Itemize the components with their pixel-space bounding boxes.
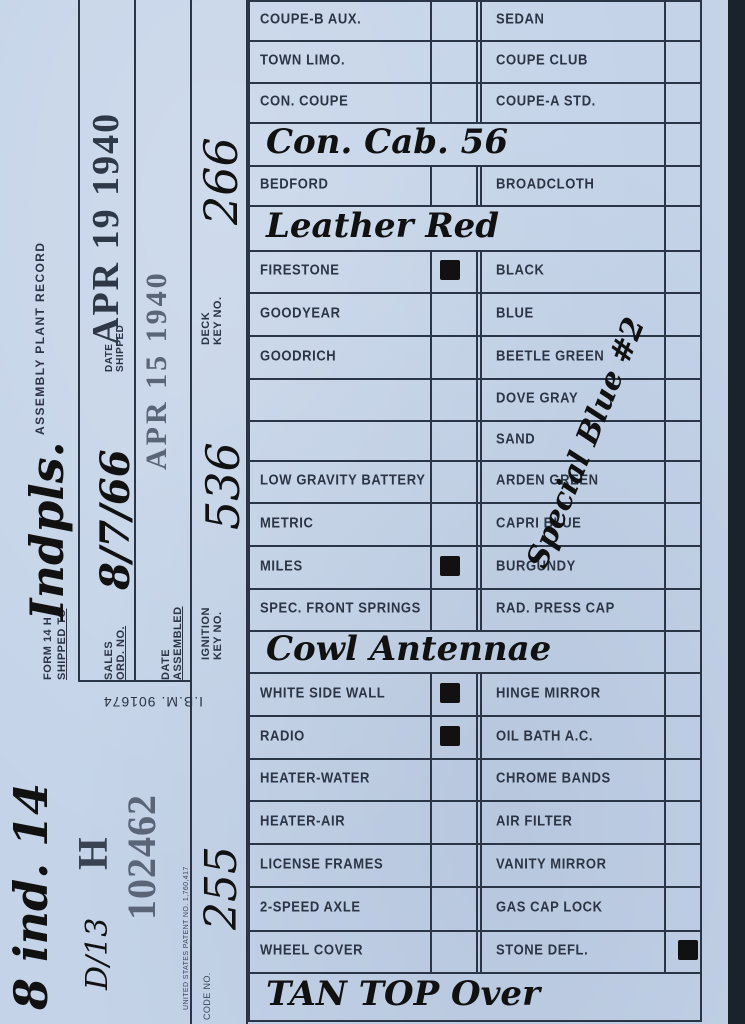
divider bbox=[476, 930, 478, 972]
option-label-right: SAND bbox=[496, 430, 535, 447]
option-label-right: DOVE GRAY bbox=[496, 389, 578, 406]
option-label-right: COUPE CLUB bbox=[496, 51, 588, 68]
serial-prefix: H bbox=[70, 837, 118, 870]
option-label-left: GOODRICH bbox=[260, 347, 336, 364]
checkbox-right[interactable] bbox=[666, 252, 700, 292]
checkbox-left[interactable] bbox=[432, 504, 476, 545]
divider bbox=[480, 292, 482, 335]
checkbox-left[interactable] bbox=[432, 337, 476, 378]
deck-key-label: DECK KEY NO. bbox=[200, 296, 224, 345]
ibm-number: I.B.M. 901674 bbox=[103, 696, 203, 708]
option-label-right: BLACK bbox=[496, 261, 545, 278]
option-label-right: RAD. PRESS CAP bbox=[496, 599, 615, 616]
divider bbox=[480, 378, 482, 420]
divider bbox=[476, 460, 478, 502]
check-mark-icon bbox=[440, 260, 460, 280]
checkbox-left[interactable] bbox=[432, 932, 476, 972]
option-label-left: FIRESTONE bbox=[260, 261, 340, 278]
option-label-left: HEATER-AIR bbox=[260, 812, 345, 829]
divider bbox=[476, 250, 478, 292]
option-label-left: WHEEL COVER bbox=[260, 941, 363, 958]
checkbox-left[interactable] bbox=[432, 42, 476, 82]
divider bbox=[476, 588, 478, 630]
divider bbox=[476, 672, 478, 715]
ignition-key-value: 536 bbox=[196, 442, 250, 530]
option-label-right: STONE DEFL. bbox=[496, 941, 588, 958]
code-value: 255 bbox=[196, 846, 247, 930]
divider bbox=[480, 715, 482, 758]
divider bbox=[480, 886, 482, 930]
shipped-to-value: Indpls. bbox=[20, 441, 74, 620]
divider bbox=[476, 335, 478, 378]
checkbox-left[interactable] bbox=[432, 845, 476, 886]
divider bbox=[480, 545, 482, 588]
checkbox-left[interactable] bbox=[432, 462, 476, 502]
divider bbox=[476, 502, 478, 545]
checkbox-left[interactable] bbox=[432, 802, 476, 843]
checkbox-left[interactable] bbox=[432, 760, 476, 800]
serial-number: 102462 bbox=[118, 794, 165, 920]
divider bbox=[190, 0, 192, 1024]
checkbox-right[interactable] bbox=[666, 294, 700, 335]
patent-notice: UNITED STATES PATENT NO. 1,760,417 bbox=[183, 866, 190, 1010]
checkbox-right[interactable] bbox=[666, 760, 700, 800]
checkbox-right[interactable] bbox=[666, 422, 700, 460]
divider bbox=[480, 250, 482, 292]
check-mark-icon bbox=[440, 683, 460, 703]
checkbox-left[interactable] bbox=[432, 167, 476, 205]
divider bbox=[480, 843, 482, 886]
option-label-right: BLUE bbox=[496, 304, 534, 321]
divider bbox=[476, 40, 478, 82]
divider bbox=[480, 420, 482, 460]
option-label-right: CHROME BANDS bbox=[496, 769, 611, 786]
option-label-left: BEDFORD bbox=[260, 175, 328, 192]
divider bbox=[248, 1020, 702, 1022]
option-label-left: CON. COUPE bbox=[260, 92, 348, 109]
option-label-right: SEDAN bbox=[496, 10, 545, 27]
checkbox-right[interactable] bbox=[666, 802, 700, 843]
divider bbox=[480, 82, 482, 122]
ignition-key-label: IGNITION KEY NO. bbox=[200, 607, 224, 660]
divider bbox=[700, 0, 702, 1020]
code-label: CODE NO. bbox=[202, 972, 212, 1020]
checkbox-left[interactable] bbox=[432, 2, 476, 40]
option-label-left: SPEC. FRONT SPRINGS bbox=[260, 599, 421, 616]
checkbox-right[interactable] bbox=[666, 674, 700, 715]
checkbox-left[interactable] bbox=[432, 84, 476, 122]
option-label-left: MILES bbox=[260, 557, 303, 574]
divider bbox=[476, 82, 478, 122]
divider bbox=[480, 930, 482, 972]
checkbox-right[interactable] bbox=[666, 167, 700, 205]
divider bbox=[480, 0, 482, 40]
checkbox-right[interactable] bbox=[666, 337, 700, 378]
option-label-left: HEATER-WATER bbox=[260, 769, 370, 786]
divider bbox=[480, 460, 482, 502]
option-label-left: RADIO bbox=[260, 727, 305, 744]
option-label-left: WHITE SIDE WALL bbox=[260, 684, 385, 701]
divider bbox=[476, 843, 478, 886]
option-label-left: GOODYEAR bbox=[260, 304, 341, 321]
checkbox-right[interactable] bbox=[666, 717, 700, 758]
check-mark-icon bbox=[440, 556, 460, 576]
checkbox-left[interactable] bbox=[432, 380, 476, 420]
option-label-left: TOWN LIMO. bbox=[260, 51, 345, 68]
handwritten-row-note: Con. Cab. 56 bbox=[266, 122, 508, 162]
divider bbox=[78, 0, 80, 680]
divider bbox=[480, 800, 482, 843]
assembly-plant-record-card: ASSEMBLY PLANT RECORD FORM 14 H SHIPPED … bbox=[0, 0, 730, 1024]
divider bbox=[476, 800, 478, 843]
form-number: FORM 14 H bbox=[42, 617, 54, 680]
option-label-left: METRIC bbox=[260, 514, 313, 531]
checkbox-left[interactable] bbox=[432, 590, 476, 630]
option-label-right: BEETLE GREEN bbox=[496, 347, 604, 364]
divider bbox=[480, 502, 482, 545]
divider bbox=[480, 40, 482, 82]
option-label-right: VANITY MIRROR bbox=[496, 855, 607, 872]
option-label-right: AIR FILTER bbox=[496, 812, 573, 829]
divider bbox=[480, 758, 482, 800]
option-label-left: LICENSE FRAMES bbox=[260, 855, 383, 872]
handwritten-row-note: TAN TOP Over bbox=[266, 974, 540, 1014]
option-label-right: HINGE MIRROR bbox=[496, 684, 601, 701]
divider bbox=[476, 758, 478, 800]
sales-ord-label: SALES ORD. NO. bbox=[103, 626, 127, 680]
checkbox-right[interactable] bbox=[666, 2, 700, 40]
divider bbox=[480, 335, 482, 378]
deck-key-value: 266 bbox=[194, 137, 248, 225]
date-shipped-stamp: APR 19 1940 bbox=[84, 112, 128, 345]
checkbox-right[interactable] bbox=[666, 84, 700, 122]
divider bbox=[480, 672, 482, 715]
option-label-left: COUPE-B AUX. bbox=[260, 10, 361, 27]
option-label-right: OIL BATH A.C. bbox=[496, 727, 593, 744]
divider bbox=[476, 420, 478, 460]
handwritten-row-note: Leather Red bbox=[266, 206, 499, 246]
checkbox-right[interactable] bbox=[666, 888, 700, 930]
divider bbox=[476, 292, 478, 335]
divider bbox=[476, 545, 478, 588]
divider bbox=[476, 165, 478, 205]
checkbox-right[interactable] bbox=[666, 547, 700, 588]
serial-fraction: D/13 bbox=[80, 918, 115, 990]
option-label-left: LOW GRAVITY BATTERY bbox=[260, 471, 425, 488]
date-assembled-label: DATE ASSEMBLED bbox=[160, 606, 184, 680]
checkbox-right[interactable] bbox=[666, 504, 700, 545]
divider bbox=[476, 0, 478, 40]
option-label-left: 2-SPEED AXLE bbox=[260, 898, 361, 915]
check-mark-icon bbox=[440, 726, 460, 746]
handwritten-row-note: Cowl Antennae bbox=[266, 629, 551, 669]
option-label-right: GAS CAP LOCK bbox=[496, 898, 603, 915]
checkbox-left[interactable] bbox=[432, 422, 476, 460]
checkbox-right[interactable] bbox=[666, 380, 700, 420]
check-mark-icon bbox=[678, 940, 698, 960]
divider bbox=[476, 886, 478, 930]
checkbox-right[interactable] bbox=[666, 462, 700, 502]
divider bbox=[248, 0, 250, 1020]
checkbox-right[interactable] bbox=[666, 590, 700, 630]
checkbox-right[interactable] bbox=[666, 42, 700, 82]
sales-ord-value: 8/7/66 bbox=[92, 449, 139, 590]
divider bbox=[476, 715, 478, 758]
divider bbox=[480, 588, 482, 630]
option-label-right: COUPE-A STD. bbox=[496, 92, 596, 109]
divider bbox=[476, 378, 478, 420]
card-edge-shadow bbox=[728, 0, 745, 1024]
divider bbox=[480, 165, 482, 205]
date-assembled-stamp: APR 15 1940 bbox=[140, 270, 174, 470]
divider bbox=[78, 680, 190, 682]
checkbox-left[interactable] bbox=[432, 888, 476, 930]
document-title: ASSEMBLY PLANT RECORD bbox=[34, 242, 46, 435]
checkbox-right[interactable] bbox=[666, 845, 700, 886]
engine-note: 8 ind. 14 bbox=[4, 783, 58, 1010]
option-label-right: BROADCLOTH bbox=[496, 175, 594, 192]
checkbox-left[interactable] bbox=[432, 294, 476, 335]
